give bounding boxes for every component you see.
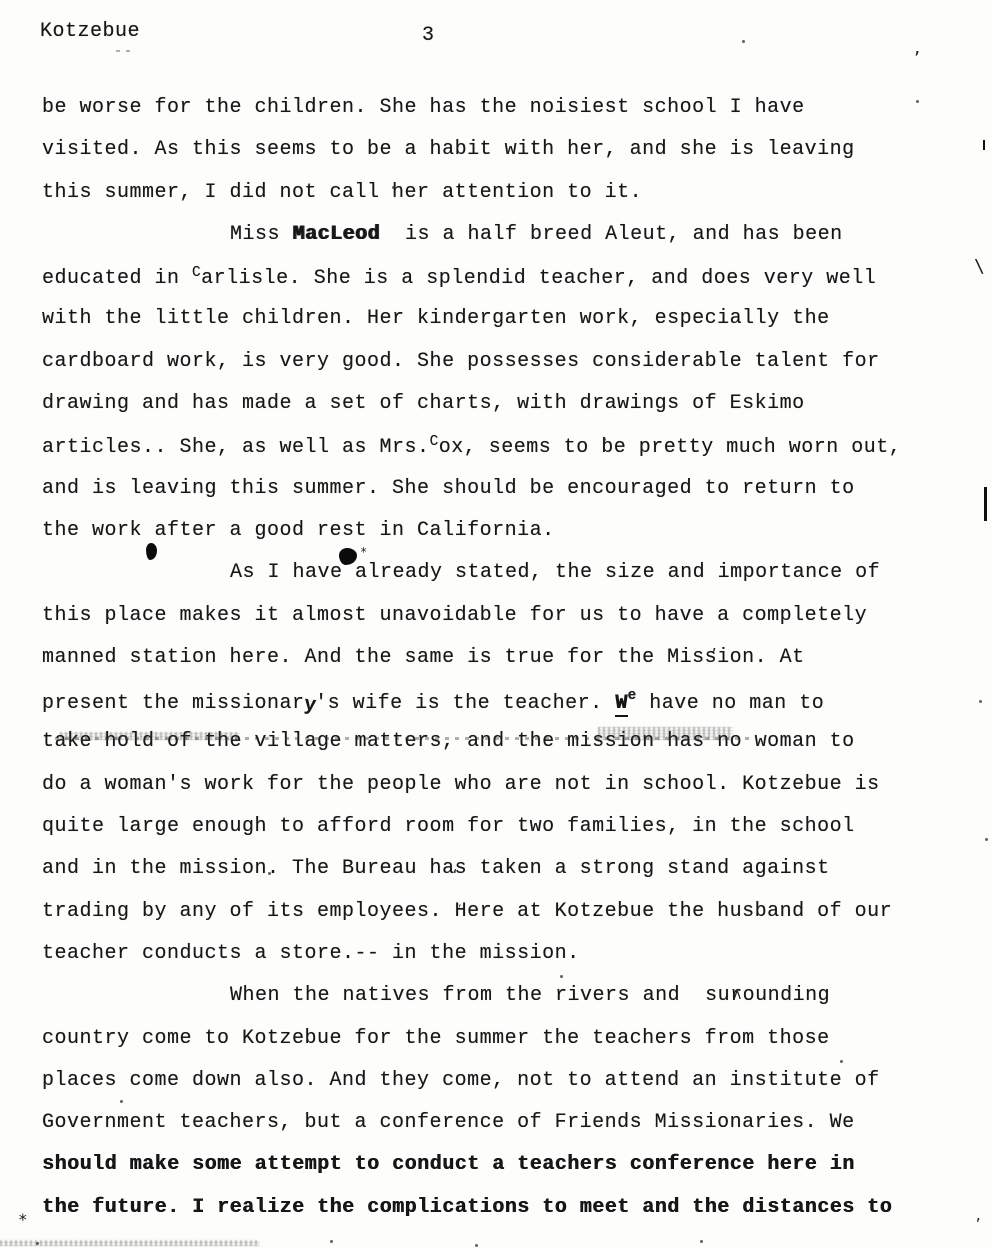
text-segment: cardboard work, is very good. She posses… (42, 350, 880, 373)
text-segment: W (615, 692, 628, 717)
text-segment: arlisle. She is a splendid teacher, and … (201, 267, 876, 290)
speck-7 (840, 1060, 843, 1063)
text-segment: educated in (42, 267, 192, 290)
text-segment: this summer, I did not call her attentio… (42, 181, 642, 204)
typescript-line: Miss MacLeod is a half breed Aleut, and … (42, 223, 972, 265)
crease-smudge-left (60, 732, 240, 740)
typescript-line: places come down also. And they come, no… (42, 1069, 972, 1111)
text-segment: 's wife is the teacher. (315, 692, 615, 715)
text-segment: the future. I realize the complications … (42, 1196, 892, 1219)
text-segment: do a woman's work for the people who are… (42, 773, 880, 796)
margin-asterisk: * (18, 1212, 28, 1228)
document-body: be worse for the children. She has the n… (42, 96, 972, 1238)
text-segment: As I have already stated, the size and i… (230, 561, 880, 584)
speck-1 (742, 40, 745, 43)
typescript-line: educated in Carlisle. She is a splendid … (42, 265, 972, 307)
typescript-line: articles.. She, as well as Mrs.Cox, seem… (42, 434, 972, 476)
speck-5 (268, 872, 271, 875)
typescript-line: quite large enough to afford room for tw… (42, 815, 972, 857)
bottom-noise (0, 1240, 260, 1246)
marks-above-Here: ʺ (456, 903, 461, 916)
typescript-line: and in the mission. The Bureau has taken… (42, 857, 972, 899)
typescript-line: present the missionary's wife is the tea… (42, 688, 972, 730)
text-segment: y (302, 693, 317, 717)
text-segment: drawing and has made a set of charts, wi… (42, 392, 805, 415)
typescript-line: this place makes it almost unavoidable f… (42, 604, 972, 646)
stray-apostrophe: ’ (912, 50, 922, 66)
page-number: 3 (422, 24, 434, 47)
edge-bar (984, 487, 987, 521)
crease-smudge-right (598, 727, 733, 740)
text-segment: country come to Kotzebue for the summer … (42, 1027, 830, 1050)
typescript-line: visited. As this seems to be a habit wit… (42, 138, 972, 180)
speck-4 (916, 100, 919, 103)
typescript-line: As I have already stated, the size and i… (42, 561, 972, 603)
typescript-line: with the little children. Her kindergart… (42, 307, 972, 349)
page-background: Kotzebue 3 be worse for the children. Sh… (0, 0, 991, 1248)
scanned-typescript-page: { "document": { "kind": "typewritten-rep… (0, 0, 991, 1248)
speck-12 (700, 1240, 703, 1243)
text-segment: ox, seems to be pretty much worn out, (439, 436, 902, 459)
text-segment: should make some attempt to conduct a te… (42, 1153, 855, 1176)
typescript-line: the work after a good rest in California… (42, 519, 972, 561)
text-segment: articles.. She, as well as Mrs. (42, 436, 430, 459)
speck-3 (603, 438, 606, 441)
speck-14 (985, 838, 988, 841)
text-segment: is a half breed Aleut, and has been (380, 223, 843, 246)
text-segment: the work after a good rest in California… (42, 519, 555, 542)
document-title: Kotzebue (40, 20, 140, 43)
text-segment: e (628, 688, 637, 704)
text-segment: C (430, 434, 439, 450)
text-segment: places come down also. And they come, no… (42, 1069, 880, 1092)
text-segment: present the missionar (42, 692, 305, 715)
text-segment: and in the mission. The Bureau has taken… (42, 857, 830, 880)
typescript-line: trading by any of its employees. Here at… (42, 900, 972, 942)
typescript-line: Government teachers, but a conference of… (42, 1111, 972, 1153)
text-segment: be worse for the children. She has the n… (42, 96, 805, 119)
text-segment: Miss (230, 223, 293, 246)
speck-9 (330, 1240, 333, 1243)
typescript-line: the future. I realize the complications … (42, 1196, 972, 1238)
speck-6 (560, 975, 563, 978)
text-segment: quite large enough to afford room for tw… (42, 815, 855, 838)
text-segment: this place makes it almost unavoidable f… (42, 604, 867, 627)
tick-above-true: ’ (710, 648, 718, 661)
text-segment: teacher conducts a store.-- in the missi… (42, 942, 580, 965)
typescript-line: drawing and has made a set of charts, wi… (42, 392, 972, 434)
text-segment: C (192, 265, 201, 281)
typescript-line: manned station here. And the same is tru… (42, 646, 972, 688)
text-segment: Government teachers, but a conference of… (42, 1111, 855, 1134)
text-segment: have no man to (637, 692, 825, 715)
text-segment: manned station here. And the same is tru… (42, 646, 805, 669)
header-underscore (116, 50, 130, 52)
typescript-line: cardboard work, is very good. She posses… (42, 350, 972, 392)
speck-11 (475, 1244, 478, 1247)
typescript-line: country come to Kotzebue for the summer … (42, 1027, 972, 1069)
typescript-line: be worse for the children. She has the n… (42, 96, 972, 138)
text-segment: trading by any of its employees. Here at… (42, 900, 892, 923)
speck-10 (36, 1242, 39, 1245)
tick-before-taken: ‘ (451, 869, 459, 882)
text-segment: visited. As this seems to be a habit wit… (42, 138, 855, 161)
speck-2 (392, 186, 395, 189)
typescript-line: this summer, I did not call her attentio… (42, 181, 972, 223)
blob-asterisk: * (360, 546, 367, 558)
typescript-line: do a woman's work for the people who are… (42, 773, 972, 815)
edge-tick-bottom: ’ (974, 1218, 982, 1231)
text-segment: MacLeod (293, 223, 381, 246)
speck-13 (979, 700, 982, 703)
text-segment: with the little children. Her kindergart… (42, 307, 830, 330)
edge-bar-top (983, 140, 985, 150)
stray-backslash: \ (974, 258, 985, 276)
speck-8 (120, 1100, 123, 1103)
typescript-line: When the natives from the rivers and sur… (42, 984, 972, 1026)
text-segment: and is leaving this summer. She should b… (42, 477, 855, 500)
caret-surounding: ʌ (733, 988, 741, 1002)
typescript-line: should make some attempt to conduct a te… (42, 1153, 972, 1195)
typescript-line: and is leaving this summer. She should b… (42, 477, 972, 519)
typescript-line: teacher conducts a store.-- in the missi… (42, 942, 972, 984)
